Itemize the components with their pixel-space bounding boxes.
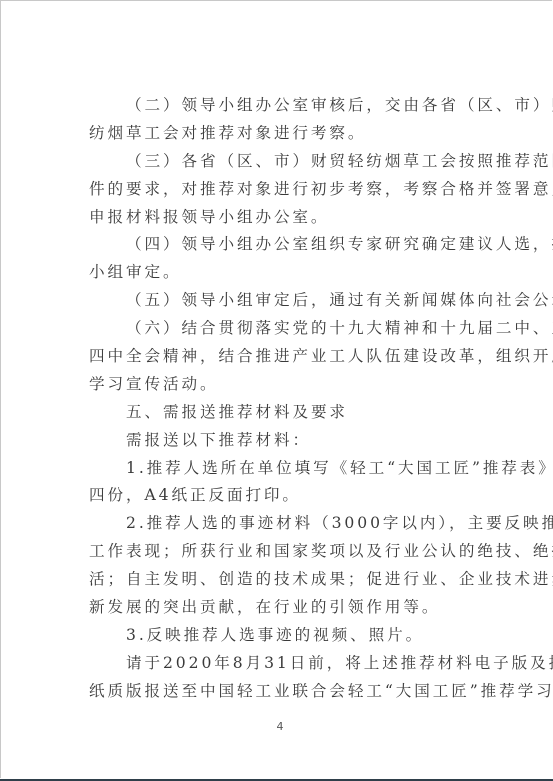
text-line: 小组审定。 bbox=[89, 259, 501, 287]
text-line: 五、需报送推荐材料及要求 bbox=[89, 399, 501, 427]
text-line: 新发展的突出贡献，在行业的引领作用等。 bbox=[89, 594, 501, 622]
text-line: 纸质版报送至中国轻工业联合会轻工“大国工匠”推荐学习活动 bbox=[89, 678, 501, 706]
text-line: 需报送以下推荐材料： bbox=[89, 427, 501, 455]
text-line: 四中全会精神，结合推进产业工人队伍建设改革，组织开展系列 bbox=[89, 343, 501, 371]
text-line: 3.反映推荐人选事迹的视频、照片。 bbox=[89, 622, 501, 650]
document-body: （二）领导小组办公室审核后，交由各省（区、市）财贸轻纺烟草工会对推荐对象进行考察… bbox=[89, 92, 501, 706]
text-line: 1.推荐人选所在单位填写《轻工“大国工匠”推荐表》一式 bbox=[89, 455, 501, 483]
text-line: （二）领导小组办公室审核后，交由各省（区、市）财贸轻 bbox=[89, 92, 501, 120]
text-line: 纺烟草工会对推荐对象进行考察。 bbox=[89, 120, 501, 148]
text-line: 工作表现；所获行业和国家奖项以及行业公认的绝技、绝招、绝 bbox=[89, 538, 501, 566]
text-line: 2.推荐人选的事迹材料（3000字以内），主要反映推荐人选 bbox=[89, 510, 501, 538]
text-line: 活；自主发明、创造的技术成果；促进行业、企业技术进步、创 bbox=[89, 566, 501, 594]
text-line: （三）各省（区、市）财贸轻纺烟草工会按照推荐范围和条 bbox=[89, 148, 501, 176]
text-line: 申报材料报领导小组办公室。 bbox=[89, 204, 501, 232]
text-line: （四）领导小组办公室组织专家研究确定建议人选，报领导 bbox=[89, 231, 501, 259]
document-page: （二）领导小组办公室审核后，交由各省（区、市）财贸轻纺烟草工会对推荐对象进行考察… bbox=[0, 0, 552, 778]
text-line: （六）结合贯彻落实党的十九大精神和十九届二中、三中、 bbox=[89, 315, 501, 343]
text-line: 请于2020年8月31日前，将上述推荐材料电子版及推荐表 bbox=[89, 650, 501, 678]
text-line: 四份，A4纸正反面打印。 bbox=[89, 482, 501, 510]
text-line: （五）领导小组审定后，通过有关新闻媒体向社会公示。 bbox=[89, 287, 501, 315]
page-number: 4 bbox=[274, 720, 286, 733]
text-line: 件的要求，对推荐对象进行初步考察，考察合格并签署意见后将 bbox=[89, 176, 501, 204]
text-line: 学习宣传活动。 bbox=[89, 371, 501, 399]
